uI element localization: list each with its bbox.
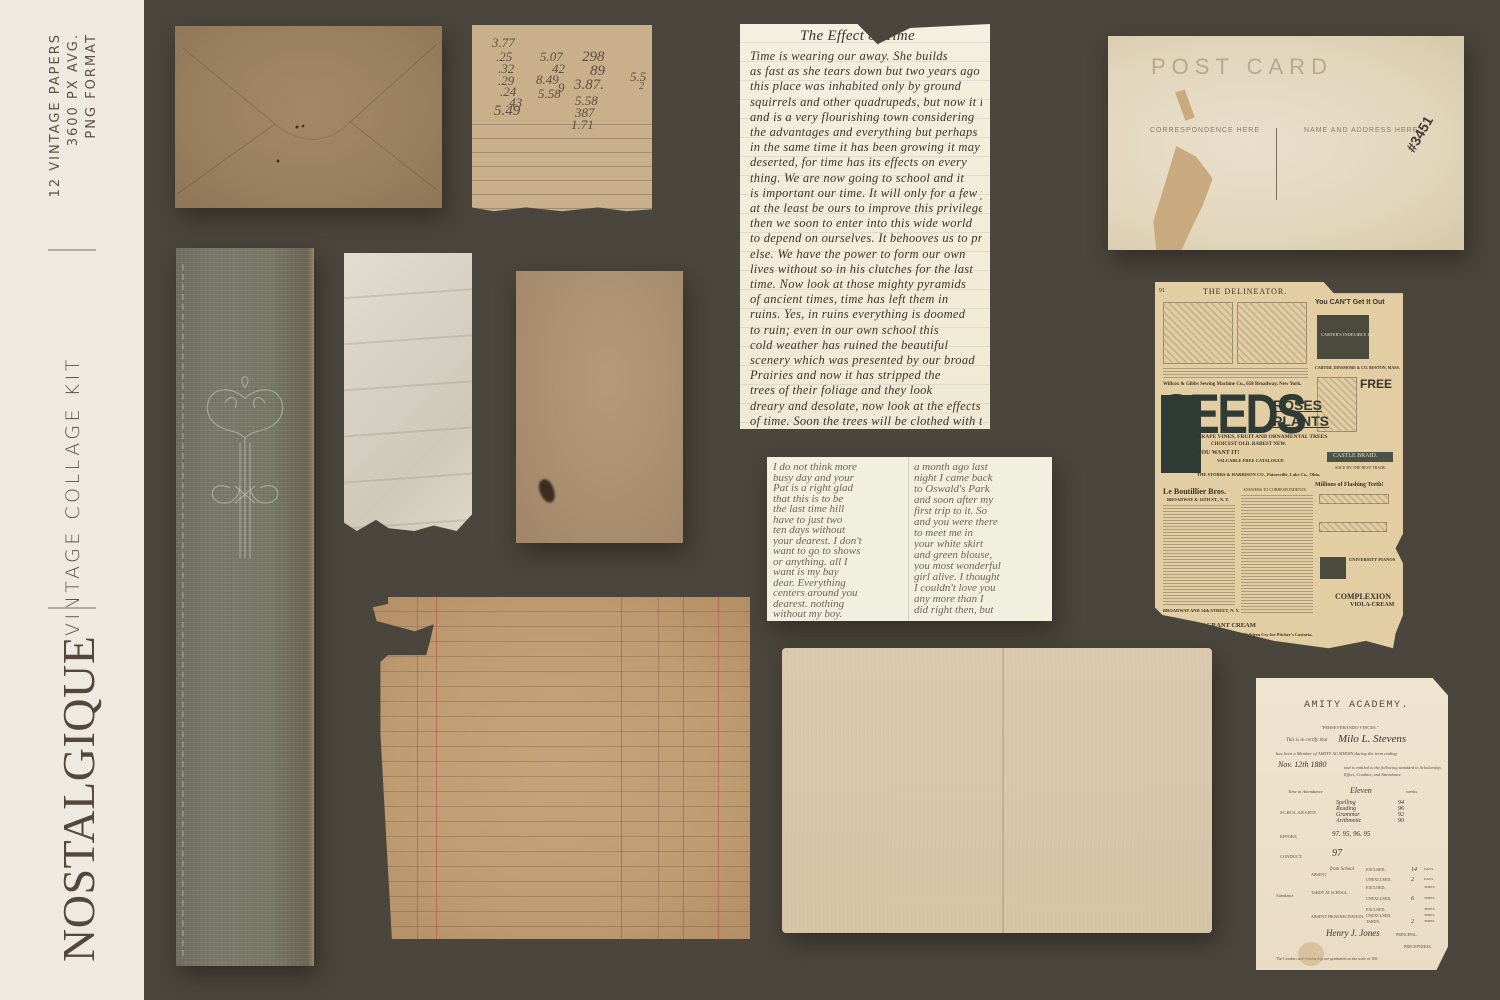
cert-title: AMITY ACADEMY.: [1304, 700, 1409, 711]
you-want-it: YOU WANT IT!: [1197, 450, 1239, 456]
principal-label: PRINCIPAL.: [1396, 932, 1417, 937]
scholarship-label: SCHOLARSHIP,: [1280, 810, 1317, 815]
letter-line: lives without so in his clutches for the…: [750, 262, 982, 277]
water-stain-small: [1175, 89, 1195, 121]
attendance-unit: TIMES.: [1424, 896, 1435, 900]
postcard-title: POST CARD: [1151, 54, 1333, 80]
paper-math-note: 3.77 .25 .32 .29 .24 .43 5.49 5.07 42 8.…: [472, 25, 652, 215]
attendance-label: EXCUSED,: [1366, 907, 1385, 912]
free-ad-illustration: [1317, 377, 1357, 432]
letter-line: this place was inhabited only by ground: [750, 79, 982, 94]
answers-text: [1241, 495, 1313, 615]
product-specs: 12 VINTAGE PAPERS 3600 PX AVG. PNG FORMA…: [47, 33, 101, 218]
conduct-label: CONDUCT,: [1280, 854, 1303, 859]
conduct-value: 97: [1332, 848, 1342, 859]
attendance-unit: TIMES.: [1424, 919, 1435, 923]
paper-letter: The Effect of Time Time is wearing our a…: [740, 24, 990, 429]
column-line: [718, 597, 719, 939]
paper-white-folded: [344, 253, 472, 531]
principal-signature: Henry J. Jones: [1326, 928, 1380, 938]
university-pianos-ad: UNIVERSITY PIANOS: [1349, 557, 1395, 562]
note-line: without my boy.: [773, 608, 905, 620]
letter-line: the advantages and everything but perhap…: [750, 125, 982, 140]
illustration-left: [1163, 302, 1233, 364]
brand-title: NOSTALGIQUE: [52, 636, 105, 962]
postcard-stamp-number: #3451: [1403, 113, 1436, 155]
masthead: THE DELINEATOR.: [1203, 287, 1287, 296]
fold-creases: [344, 253, 472, 531]
sidebar: 12 VINTAGE PAPERS 3600 PX AVG. PNG FORMA…: [0, 0, 144, 1000]
absent-recitation-label: ABSENT FROM RECITATION,: [1311, 914, 1364, 919]
letter-line: is important our time. It will only for …: [750, 186, 982, 201]
attendance-label: UNEXCUSED,: [1366, 877, 1391, 882]
attendance-unit: DAYS.: [1424, 867, 1434, 871]
letter-line: then we soon to enter into this wide wor…: [750, 216, 982, 231]
choicest-line: CHOICEST OLD. RAREST NEW.: [1211, 442, 1286, 447]
letter-line: at the least be ours to improve this pri…: [750, 201, 982, 216]
postcard-correspondence-label: CORRESPONDENCE HERE: [1150, 127, 1260, 134]
attendance-label: Attendance: [1276, 894, 1293, 898]
broadway-line: BROADWAY & 14TH ST., N. Y.: [1167, 497, 1229, 502]
postcard-divider: [1276, 128, 1277, 200]
carter-co-line: CARTER, DINSMORE & CO. BOSTON, MASS.: [1315, 365, 1400, 370]
card-fold: [1002, 648, 1004, 933]
paper-ledger-sheet: [369, 597, 750, 939]
attendance-label: UNEXCUSED,: [1366, 896, 1391, 901]
letter-line: Prairies and now it has stripped the: [750, 368, 982, 383]
letter-line: squirrels and other quadrupeds, but now …: [750, 95, 982, 110]
subject-grade: 90: [1398, 818, 1404, 824]
letter-line: Time is wearing our away. She builds: [750, 49, 982, 64]
cert-time-value: Eleven: [1350, 786, 1372, 795]
column-line: [658, 597, 659, 939]
castle-sub: SOLD BY THE BEST TRADE.: [1335, 465, 1387, 470]
column-line: [683, 597, 684, 939]
floral-emboss-icon: [190, 358, 300, 558]
cert-entitled: and is entitled to the following standar…: [1344, 764, 1442, 778]
divider-top: [48, 249, 96, 251]
attendance-unit: DAYS.: [1424, 877, 1434, 881]
center-fold: [908, 457, 909, 621]
column-line: [621, 597, 622, 939]
paper-ribbed-card: [782, 648, 1212, 933]
coffee-stain: [1298, 942, 1324, 966]
answers-heading: ANSWERS TO CORRESPONDENTS.: [1243, 487, 1307, 492]
cert-time-label: Time in Attendance: [1288, 789, 1323, 794]
attendance-value: 14: [1411, 867, 1417, 873]
storrs-line: THE STORRS & HARRISON CO., Painesville, …: [1197, 472, 1320, 477]
piano-box: [1320, 557, 1346, 579]
complexion-ad: COMPLEXION: [1335, 592, 1391, 601]
letter-line: of time. Soon the trees will be clothed …: [750, 414, 982, 429]
preceptress-label: PRECEPTRESS.: [1404, 944, 1432, 949]
spec-format: PNG FORMAT: [83, 33, 101, 218]
paper-book-cover: [176, 248, 314, 966]
attendance-label: UNEXCUSED,: [1366, 913, 1391, 918]
viola-cream-ad: VIOLA-CREAM: [1350, 602, 1394, 608]
pitcher-ad: Children Cry for Pitcher's Castoria.: [1243, 632, 1312, 637]
letter-title: The Effect of Time: [800, 28, 982, 45]
roses-headline: ROSES: [1273, 397, 1322, 413]
letter-line: else. We have the power to form our own: [750, 247, 982, 262]
postcard-address-label: NAME AND ADDRESS HERE: [1304, 127, 1418, 134]
letter-line: scenery which was presented by our broad: [750, 353, 982, 368]
letter-line: to depend on ourselves. It behooves us t…: [750, 231, 982, 246]
boutillier-text: [1163, 505, 1235, 605]
attendance-unit: TIMES.: [1424, 907, 1435, 911]
ribbed-texture: [782, 648, 1212, 933]
paper-postcard: POST CARD CORRESPONDENCE HERE NAME AND A…: [1108, 36, 1464, 250]
carters-box: [1317, 315, 1369, 359]
spec-papers: 12 VINTAGE PAPERS: [47, 33, 65, 218]
attendance-value: 6: [1411, 896, 1414, 902]
caption-text: [1163, 368, 1308, 380]
cert-footer: The Conduct and Scholarship are graduate…: [1276, 956, 1378, 961]
burn-mark: [536, 477, 559, 505]
illustration-right: [1237, 302, 1307, 364]
paper-newspaper: 91 THE DELINEATOR. Willcox & Gibbs Sewin…: [1155, 282, 1403, 652]
letter-line: time. Now look at those mighty pyramids: [750, 277, 982, 292]
broadway-line-2: BROADWAY AND 14th STREET, N. Y.: [1163, 608, 1240, 613]
carters-label: CARTER'S INDELIBLE INK: [1321, 332, 1376, 337]
paper-academy-certificate: AMITY ACADEMY. "PERSEVERANDO VINCES." Th…: [1256, 678, 1448, 970]
flashing-teeth-ad: Millions of Flashing Teeth!: [1315, 482, 1384, 488]
toothbrush-illustration-2: [1319, 522, 1387, 532]
tardy-label: TARDY AT SCHOOL,: [1311, 890, 1348, 895]
attendance-label: EXCUSED,: [1366, 867, 1385, 872]
boutillier-ad: Le Boutillier Bros.: [1163, 487, 1226, 496]
letter-line: in the same time it has been growing it …: [750, 140, 982, 155]
attendance-value: 2: [1411, 919, 1414, 925]
letter-line: as fast as she tears down but two years …: [750, 64, 982, 79]
margin-line: [417, 597, 418, 939]
letter-line: of ancient times, time has left them in: [750, 292, 982, 307]
kit-subtitle: VINTAGE COLLAGE KIT: [62, 356, 84, 636]
spec-resolution: 3600 PX AVG.: [65, 33, 83, 218]
embossed-border: [182, 264, 188, 956]
letter-line: and is a very flourishing town consideri…: [750, 110, 982, 125]
cloth-texture: [176, 248, 314, 966]
letter-line: to ruin; even in our own school this: [750, 323, 982, 338]
toothbrush-illustration: [1319, 494, 1389, 504]
cert-certify: This is to certify that: [1286, 738, 1327, 743]
grape-line: GRAPE VINES, FRUIT AND ORNAMENTAL TREES: [1197, 434, 1327, 440]
note-line: did right then, but: [914, 604, 1046, 616]
letter-line: dreary and desolate, now look at the eff…: [750, 399, 982, 414]
cant-get-ad: You CAN'T Get It Out: [1315, 299, 1385, 306]
castle-braid-ad: CASTLE BRAID.: [1333, 453, 1377, 459]
divider-bottom: [48, 607, 96, 609]
paper-tan-crumpled: [516, 271, 683, 543]
page-number: 91: [1159, 288, 1165, 294]
effort-label: EFFORT,: [1280, 834, 1297, 839]
subject-name: Arithmetic: [1336, 818, 1361, 824]
envelope-flap-lines: [175, 26, 442, 208]
paper-envelope: [175, 26, 442, 208]
absent-note: from School: [1330, 867, 1354, 872]
letter-line: cold weather has ruined the beautiful: [750, 338, 982, 353]
free-headline: FREE: [1360, 377, 1392, 391]
espey-ad: ESPEY'S FRAGRANT CREAM: [1165, 622, 1256, 629]
ledger-rules: [369, 597, 750, 939]
attendance-label: EXCUSED,: [1366, 885, 1385, 890]
absent-label: ABSENT: [1311, 872, 1327, 877]
cert-time-unit: weeks.: [1406, 789, 1418, 794]
attendance-unit: TIMES.: [1424, 913, 1435, 917]
effort-value: 97. 95. 96. 95: [1332, 830, 1371, 838]
cert-motto: "PERSEVERANDO VINCES.": [1321, 725, 1379, 730]
attendance-value: 2: [1411, 877, 1414, 883]
margin-line: [436, 597, 437, 939]
paper-handwritten-note: I do not think morebusy day and yourPat …: [767, 457, 1052, 621]
letter-line: ruins. Yes, in ruins everything is doome…: [750, 307, 982, 322]
letter-line: deserted, for time has its effects on ev…: [750, 155, 982, 170]
catalogue-line: VALUABLE FREE CATALOGUE: [1217, 458, 1284, 463]
cert-student-name: Milo L. Stevens: [1338, 733, 1406, 745]
cert-date: Nov. 12th 1880: [1278, 760, 1327, 769]
water-stain: [1150, 146, 1216, 250]
attendance-unit: TIMES.: [1424, 885, 1435, 889]
attendance-label: TARDY,: [1366, 919, 1380, 924]
letter-line: thing. We are now going to school and it: [750, 171, 982, 186]
cert-member: has been a Member of AMITY ACADEMY durin…: [1276, 751, 1446, 756]
ruled-lines: [472, 111, 652, 215]
letter-line: trees of their foliage and they look: [750, 383, 982, 398]
